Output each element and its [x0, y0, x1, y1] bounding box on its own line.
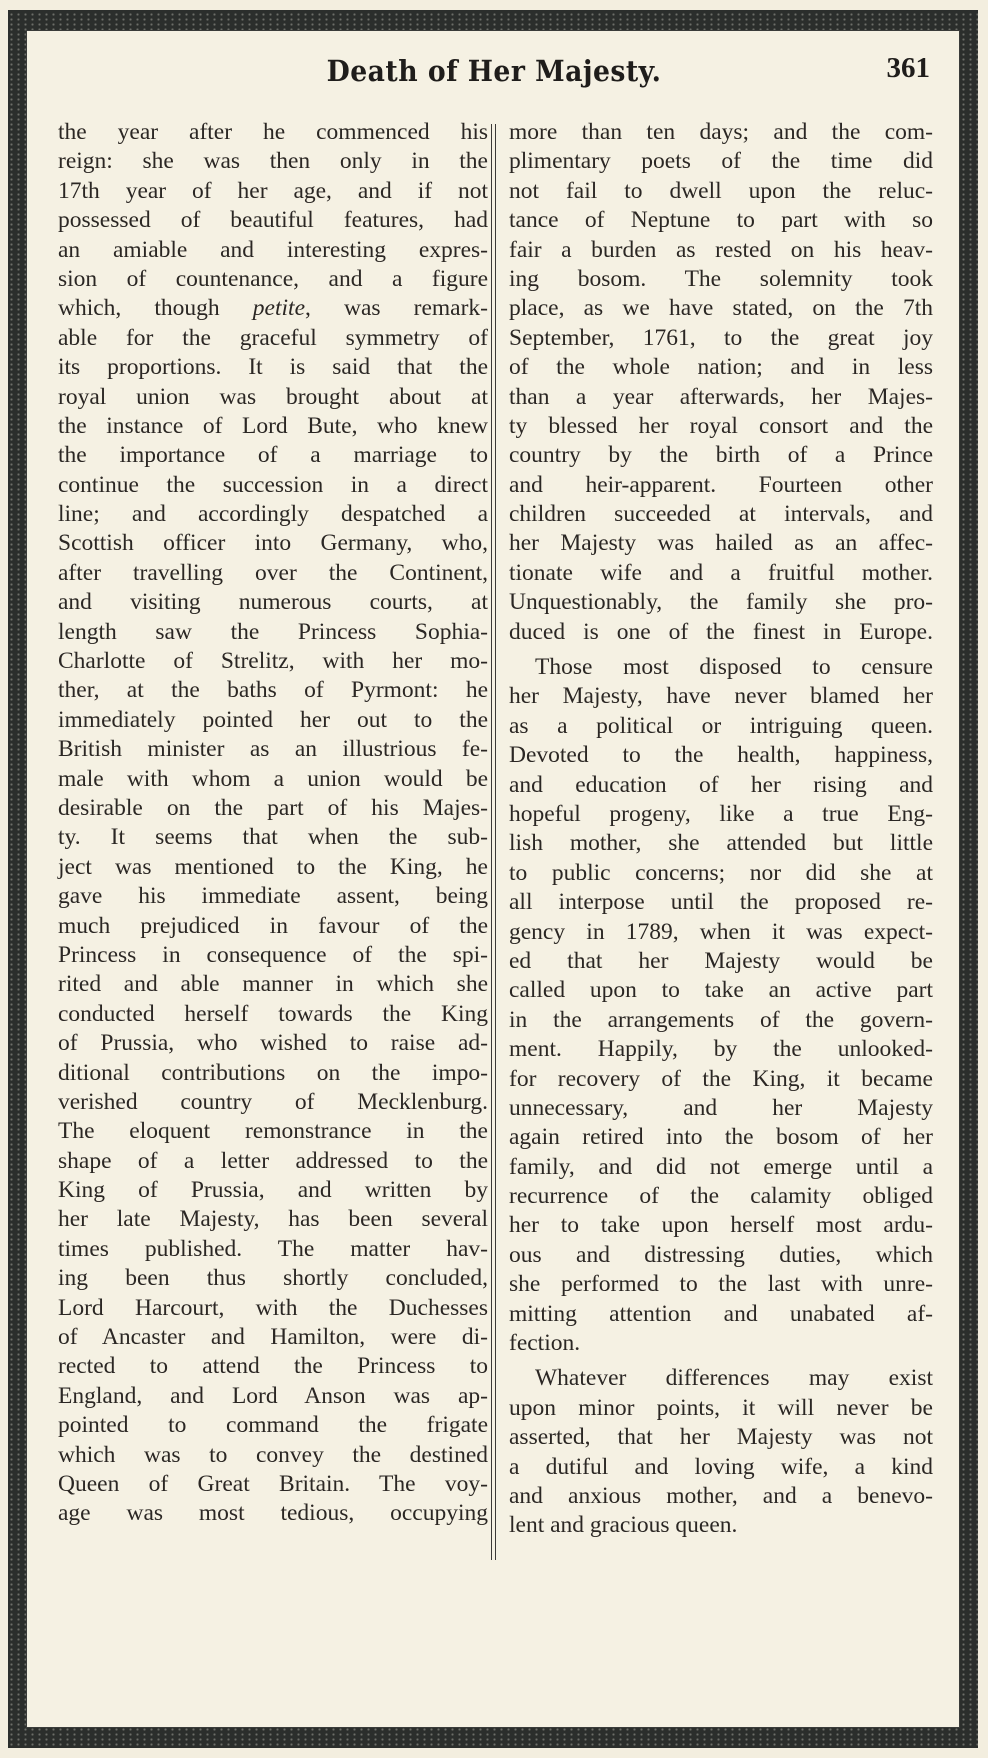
text-line: family, and did not emerge until a [509, 1153, 933, 1182]
page-header: Death of Her Majesty. 361 [0, 48, 988, 98]
text-line: fair a burden as rested on his heav- [509, 236, 933, 265]
page-number: 361 [887, 52, 931, 85]
text-line: fection. [509, 1329, 933, 1358]
text-line: ther, at the baths of Pyrmont: he [58, 676, 488, 705]
text-line: British minister as an illustrious fe- [58, 735, 488, 764]
text-line: gency in 1789, when it was expect- [509, 918, 933, 947]
text-line: for recovery of the King, it became [509, 1065, 933, 1094]
text-line: Whatever differences may exist [509, 1364, 933, 1393]
text-line: pointed to command the frigate [58, 1411, 488, 1440]
text-line: upon minor points, it will never be [509, 1394, 933, 1423]
running-head: Death of Her Majesty. [40, 54, 949, 88]
text-line: the importance of a marriage to [58, 441, 488, 470]
text-line: children succeeded at intervals, and [509, 500, 933, 529]
text-line: Those most disposed to censure [509, 653, 933, 682]
text-line: place, as we have stated, on the 7th [509, 294, 933, 323]
text-line: as a political or intriguing queen. [509, 712, 933, 741]
text-line: much prejudiced in favour of the [58, 912, 488, 941]
text-line: ed that her Majesty would be [509, 947, 933, 976]
text-line: all interpose until the proposed re- [509, 888, 933, 917]
text-line: rected to attend the Princess to [58, 1352, 488, 1381]
text-line: verished country of Mecklenburg. [58, 1088, 488, 1117]
text-line: her to take upon herself most ardu- [509, 1211, 933, 1240]
text-line: than a year afterwards, her Majes- [509, 383, 933, 412]
text-line: Charlotte of Strelitz, with her mo- [58, 647, 488, 676]
text-line: King of Prussia, and written by [58, 1176, 488, 1205]
text-line: ous and distressing duties, which [509, 1241, 933, 1270]
text-line: she performed to the last with unre- [509, 1270, 933, 1299]
text-line: a dutiful and loving wife, a kind [509, 1453, 933, 1482]
text-line: Queen of Great Britain. The voy- [58, 1470, 488, 1499]
left-column: the year after he commenced hisreign: sh… [58, 118, 488, 1529]
text-line: to public concerns; nor did she at [509, 859, 933, 888]
text-line: England, and Lord Anson was ap- [58, 1382, 488, 1411]
text-line: her Majesty, have never blamed her [509, 682, 933, 711]
column-divider [491, 124, 496, 1560]
text-line: plimentary poets of the time did [509, 147, 933, 176]
text-line: more than ten days; and the com- [509, 118, 933, 147]
text-line: which, though petite, was remark- [58, 294, 488, 323]
text-line: ment. Happily, by the unlooked- [509, 1035, 933, 1064]
text-line: country by the birth of a Prince [509, 441, 933, 470]
text-line: ty. It seems that when the sub- [58, 823, 488, 852]
text-line: line; and accordingly despatched a [58, 500, 488, 529]
text-line: sion of countenance, and a figure [58, 265, 488, 294]
text-line: gave his immediate assent, being [58, 882, 488, 911]
text-line: and visiting numerous courts, at [58, 588, 488, 617]
text-line: hopeful progeny, like a true Eng- [509, 800, 933, 829]
text-line: the year after he commenced his [58, 118, 488, 147]
text-line: her Majesty was hailed as an affec- [509, 529, 933, 558]
text-line: its proportions. It is said that the [58, 353, 488, 382]
text-line: conducted herself towards the King [58, 1000, 488, 1029]
text-line: continue the succession in a direct [58, 471, 488, 500]
text-line: recurrence of the calamity obliged [509, 1182, 933, 1211]
text-line: which was to convey the destined [58, 1441, 488, 1470]
text-line: tance of Neptune to part with so [509, 206, 933, 235]
right-column: more than ten days; and the com-plimenta… [509, 118, 933, 1541]
text-line: able for the graceful symmetry of [58, 324, 488, 353]
text-line: immediately pointed her out to the [58, 706, 488, 735]
text-line: rited and able manner in which she [58, 970, 488, 999]
text-line: her late Majesty, has been several [58, 1205, 488, 1234]
text-line: ty blessed her royal consort and the [509, 412, 933, 441]
text-line: September, 1761, to the great joy [509, 324, 933, 353]
text-line: Lord Harcourt, with the Duchesses [58, 1294, 488, 1323]
text-line: after travelling over the Continent, [58, 559, 488, 588]
italic-word: petite [253, 295, 305, 321]
text-line: the instance of Lord Bute, who knew [58, 412, 488, 441]
text-line: lish mother, she attended but little [509, 829, 933, 858]
text-line: of Ancaster and Hamilton, were di- [58, 1323, 488, 1352]
text-line: in the arrangements of the govern- [509, 1006, 933, 1035]
text-line: royal union was brought about at [58, 383, 488, 412]
text-line: of Prussia, who wished to raise ad- [58, 1029, 488, 1058]
text-line: shape of a letter addressed to the [58, 1147, 488, 1176]
text-line: male with whom a union would be [58, 765, 488, 794]
text-line: ing been thus shortly concluded, [58, 1264, 488, 1293]
text-line: Princess in consequence of the spi- [58, 941, 488, 970]
text-line: length saw the Princess Sophia- [58, 618, 488, 647]
text-line: duced is one of the finest in Europe. [509, 618, 933, 647]
text-line: ing bosom. The solemnity took [509, 265, 933, 294]
text-line: possessed of beautiful features, had [58, 206, 488, 235]
text-line: The eloquent remonstrance in the [58, 1117, 488, 1146]
text-line: not fail to dwell upon the reluc- [509, 177, 933, 206]
text-line: 17th year of her age, and if not [58, 177, 488, 206]
text-line: ject was mentioned to the King, he [58, 853, 488, 882]
text-line: lent and gracious queen. [509, 1511, 933, 1540]
text-line: mitting attention and unabated af- [509, 1300, 933, 1329]
text-line: ditional contributions on the impo- [58, 1059, 488, 1088]
text-line: times published. The matter hav- [58, 1235, 488, 1264]
text-line: an amiable and interesting expres- [58, 236, 488, 265]
text-line: desirable on the part of his Majes- [58, 794, 488, 823]
text-line: age was most tedious, occupying [58, 1499, 488, 1528]
text-line: of the whole nation; and in less [509, 353, 933, 382]
text-line: Unquestionably, the family she pro- [509, 588, 933, 617]
text-line: and heir-apparent. Fourteen other [509, 471, 933, 500]
text-line: asserted, that her Majesty was not [509, 1423, 933, 1452]
text-line: and education of her rising and [509, 771, 933, 800]
text-line: tionate wife and a fruitful mother. [509, 559, 933, 588]
text-line: unnecessary, and her Majesty [509, 1094, 933, 1123]
text-line: called upon to take an active part [509, 976, 933, 1005]
text-line: Scottish officer into Germany, who, [58, 529, 488, 558]
text-line: and anxious mother, and a benevo- [509, 1482, 933, 1511]
text-line: Devoted to the health, happiness, [509, 741, 933, 770]
text-line: again retired into the bosom of her [509, 1123, 933, 1152]
text-line: reign: she was then only in the [58, 147, 488, 176]
